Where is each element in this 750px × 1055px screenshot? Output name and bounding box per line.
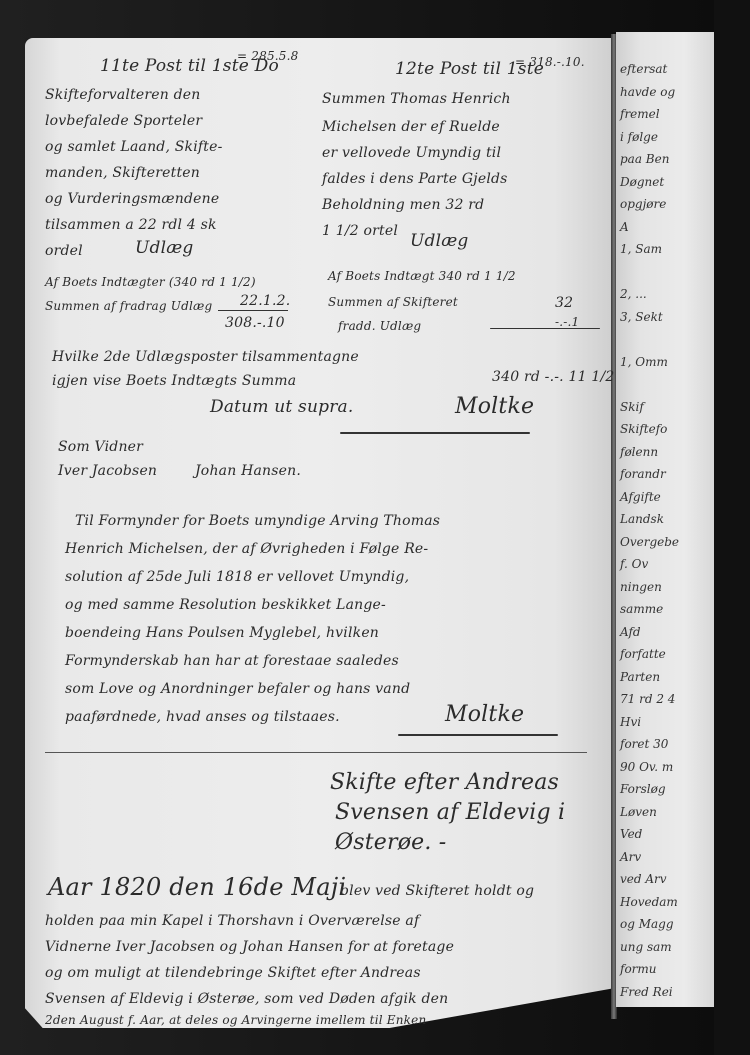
right-column-heading-amount: = 318.-.10. xyxy=(515,52,585,72)
right-page-text-line: 3, Sekt xyxy=(620,310,663,324)
signature-flourish xyxy=(398,734,558,736)
witness-name: Johan Hansen. xyxy=(195,460,301,482)
right-page-text-line: 1, Omm xyxy=(620,355,668,369)
right-page-text-line: forandr xyxy=(620,467,666,481)
section-divider xyxy=(45,752,587,753)
text-line: lovbefalede Sporteler xyxy=(45,110,202,132)
witness-name: Iver Jacobsen xyxy=(58,460,157,482)
right-page-text-line: ung sam xyxy=(620,940,672,954)
right-amount-2: -.-.1 xyxy=(555,312,579,332)
left-udlaeg-line: Af Boets Indtægter (340 rd 1 1/2) xyxy=(45,272,256,292)
left-column-subheading: Udlæg xyxy=(135,237,194,259)
right-page-text-line: 1, Sam xyxy=(620,242,662,256)
right-page-text-line: samme xyxy=(620,602,663,616)
right-udlaeg-line: fradd. Udlæg xyxy=(338,316,421,336)
left-amount-1: 22.1.2. xyxy=(240,290,290,312)
right-page-text-line: 2, ... xyxy=(620,287,647,301)
right-page-text-line: Hovedam xyxy=(620,895,678,909)
text-line: Summen Thomas Henrich xyxy=(322,88,511,110)
section-title-line: Skifte efter Andreas xyxy=(330,768,559,798)
text-line: som Love og Anordninger befaler og hans … xyxy=(65,678,410,700)
section-title-line: Østerøe. - xyxy=(335,828,446,858)
right-page-text-line: A xyxy=(620,220,629,234)
witness-label: Som Vidner xyxy=(58,436,143,458)
summary-total: 340 rd -.-. 11 1/2 xyxy=(492,366,614,388)
text-line: manden, Skifteretten xyxy=(45,162,200,184)
signature-flourish xyxy=(340,432,530,434)
text-line: holden paa min Kapel i Thorshavn i Overv… xyxy=(45,910,419,932)
right-page-text-line: f. Ov xyxy=(620,557,648,571)
summary-line: igjen vise Boets Indtægts Summa xyxy=(52,370,296,392)
right-page-text-line: Hvi xyxy=(620,715,641,729)
text-line: tilsammen a 22 rdl 4 sk xyxy=(45,214,217,236)
right-page-text-line: 71 rd 2 4 xyxy=(620,692,675,706)
left-udlaeg-line: Summen af fradrag Udlæg xyxy=(45,296,212,316)
right-page-text-line: Forsløg xyxy=(620,782,666,796)
right-page-text-line: Afd xyxy=(620,625,641,639)
right-page-text-line: foret 30 xyxy=(620,737,668,751)
text-line: ordel xyxy=(45,240,83,262)
text-line: og Vurderingsmændene xyxy=(45,188,219,210)
left-amount-total: 308.-.10 xyxy=(225,312,285,334)
text-line: Michelsen der ef Ruelde xyxy=(322,116,500,138)
right-page-text-line: Løven xyxy=(620,805,657,819)
right-page-text-line: følenn xyxy=(620,445,658,459)
right-udlaeg-line: Af Boets Indtægt 340 rd 1 1/2 xyxy=(328,266,516,286)
right-page-text-line: paa Ben xyxy=(620,152,669,166)
right-page-text-line: og Magg xyxy=(620,917,674,931)
right-page-text-line: Afgifte xyxy=(620,490,661,504)
right-udlaeg-line: Summen af Skifteret xyxy=(328,292,458,312)
right-page-text-line: Døgnet xyxy=(620,175,664,189)
right-page-text-line: Arv xyxy=(620,850,641,864)
sum-rule xyxy=(490,328,600,329)
section-title-line: Svensen af Eldevig i xyxy=(335,798,565,828)
text-line: Vidnerne Iver Jacobsen og Johan Hansen f… xyxy=(45,936,454,958)
scan-edge-shadow xyxy=(714,0,750,1055)
text-line: paaførdnede, hvad anses og tilstaaes. xyxy=(65,706,340,728)
text-line: Beholdning men 32 rd xyxy=(322,194,484,216)
right-page-text-line: Skif xyxy=(620,400,644,414)
text-line: solution af 25de Juli 1818 er vellovet U… xyxy=(65,566,409,588)
text-line: og med samme Resolution beskikket Lange- xyxy=(65,594,386,616)
right-column-subheading: Udlæg xyxy=(410,230,469,252)
sum-rule xyxy=(218,310,288,311)
dated-line: Datum ut supra. xyxy=(210,396,353,418)
right-page-partial: eftersathavde ogfremeli følgepaa BenDøgn… xyxy=(616,32,714,1007)
text-line: boendeing Hans Poulsen Myglebel, hvilken xyxy=(65,622,379,644)
right-page-text-line: Skiftefo xyxy=(620,422,667,436)
right-page-text-line: ningen xyxy=(620,580,662,594)
text-line: og samlet Laand, Skifte- xyxy=(45,136,223,158)
text-line: 1 1/2 ortel xyxy=(322,220,398,242)
right-page-text-line: Parten xyxy=(620,670,660,684)
text-line: Til Formynder for Boets umyndige Arving … xyxy=(75,510,440,532)
right-page-text-line: i følge xyxy=(620,130,658,144)
right-page-text-line: formu xyxy=(620,962,657,976)
right-page-text-line: Overgebe xyxy=(620,535,679,549)
signature-moltke-2: Moltke xyxy=(445,700,524,730)
right-page-text-line: havde og xyxy=(620,85,675,99)
right-page-text-line: 90 Ov. m xyxy=(620,760,673,774)
text-line: 2den August f. Aar, at deles og Arvinger… xyxy=(45,1010,426,1030)
text-line: Svensen af Eldevig i Østerøe, som ved Dø… xyxy=(45,988,448,1010)
left-column-heading-amount: = 285.5.8 xyxy=(237,46,298,66)
right-page-text-line: ved Arv xyxy=(620,872,667,886)
right-page-text-line: forfatte xyxy=(620,647,666,661)
record-date-lead: Aar 1820 den 16de Maji xyxy=(48,872,346,902)
text-line: er vellovede Umyndig til xyxy=(322,142,501,164)
right-page-text-line: Landsk xyxy=(620,512,664,526)
right-page-text-line: opgjøre xyxy=(620,197,666,211)
signature-moltke-1: Moltke xyxy=(455,392,534,422)
text-line: og om muligt at tilendebringe Skiftet ef… xyxy=(45,962,421,984)
right-page-text-line: Ved xyxy=(620,827,642,841)
text-line: Formynderskab han har at forestaae saale… xyxy=(65,650,399,672)
text-line: Henrich Michelsen, der af Øvrigheden i F… xyxy=(65,538,428,560)
right-amount-1: 32 xyxy=(555,292,573,314)
text-line: blev ved Skifteret holdt og xyxy=(340,880,534,902)
right-page-text-line: eftersat xyxy=(620,62,667,76)
text-line: faldes i dens Parte Gjelds xyxy=(322,168,508,190)
summary-line: Hvilke 2de Udlægsposter tilsammentagne xyxy=(52,346,359,368)
text-line: Skifteforvalteren den xyxy=(45,84,201,106)
right-page-text-line: fremel xyxy=(620,107,660,121)
right-page-text-line: Fred Rei xyxy=(620,985,673,999)
